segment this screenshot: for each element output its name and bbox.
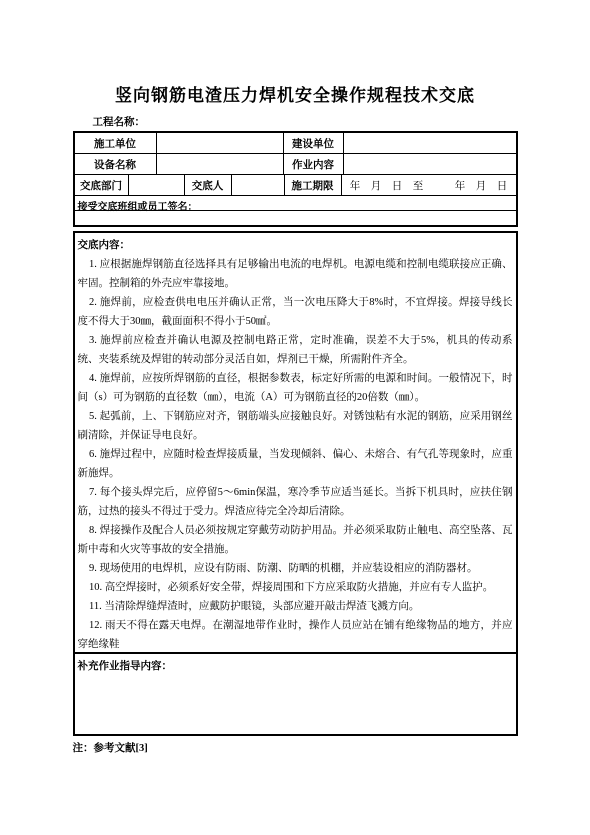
disclosure-item-12: 12. 雨天不得在露天电焊。在潮湿地带作业时，操作人员应站在铺有绝缘物品的地方，…: [78, 616, 513, 654]
document-title: 竖向钢筋电渣压力焊机安全操作规程技术交底: [0, 86, 590, 106]
disclosure-item-2: 2. 施焊前，应检查供电电压并确认正常，当一次电压降大于8%时，不宜焊接。焊接导…: [78, 293, 513, 331]
build-unit-value: [344, 133, 516, 153]
project-name-label: 工程名称：: [73, 116, 518, 129]
construction-unit-value: [157, 133, 284, 153]
info-row-3: 交底部门 交底人 施工期限 年 月 日 至 年 月 日: [75, 175, 516, 196]
disclosure-item-7: 7. 每个接头焊完后，应停留5～6min保温，寒冷季节应适当延长。当拆下机具时，…: [78, 483, 513, 521]
disclosure-item-8: 8. 焊接操作及配合人员必须按规定穿戴劳动防护用品。并必须采取防止触电、高空坠落…: [78, 521, 513, 559]
work-content-label: 作业内容: [284, 154, 344, 174]
supplement-box: 补充作业指导内容：: [73, 652, 518, 736]
construction-period-label: 施工期限: [285, 175, 342, 195]
info-row-2: 设备名称 作业内容: [75, 154, 516, 175]
disclosure-person-label: 交底人: [185, 175, 232, 195]
disclosure-content-box: 交底内容： 1. 应根据施焊钢筋直径选择具有足够输出电流的电焊机。电源电缆和控制…: [73, 231, 518, 654]
disclosure-person-value: [232, 175, 285, 195]
equipment-name-label: 设备名称: [75, 154, 157, 174]
signature-value-row: [75, 211, 516, 225]
disclosure-dept-label: 交底部门: [75, 175, 129, 195]
build-unit-label: 建设单位: [284, 133, 344, 153]
disclosure-item-11: 11. 当清除焊缝焊渣时，应戴防护眼镜，头部应避开敲击焊渣飞溅方向。: [78, 597, 513, 616]
disclosure-item-9: 9. 现场使用的电焊机，应设有防雨、防潮、防晒的机棚，并应装设相应的消防器材。: [78, 559, 513, 578]
signature-label-row: 接受交底班组或员工签名：: [75, 196, 516, 211]
disclosure-item-1: 1. 应根据施焊钢筋直径选择具有足够输出电流的电焊机。电源电缆和控制电缆联接应正…: [78, 255, 513, 293]
disclosure-heading: 交底内容：: [78, 236, 513, 255]
info-table: 施工单位 建设单位 设备名称 作业内容 交底部门 交底人 施工期限 年 月 日 …: [73, 131, 518, 227]
document-page: 竖向钢筋电渣压力焊机安全操作规程技术交底 工程名称： 施工单位 建设单位 设备名…: [0, 0, 590, 835]
construction-period-value: 年 月 日 至 年 月 日: [342, 175, 516, 195]
construction-unit-label: 施工单位: [75, 133, 157, 153]
disclosure-item-10: 10. 高空焊接时，必须系好安全带，焊接周围和下方应采取防火措施，并应有专人监护…: [78, 578, 513, 597]
disclosure-item-6: 6. 施焊过程中，应随时检查焊接质量，当发现倾斜、偏心、未熔合、有气孔等现象时，…: [78, 445, 513, 483]
info-row-1: 施工单位 建设单位: [75, 133, 516, 154]
disclosure-dept-value: [129, 175, 185, 195]
supplement-heading: 补充作业指导内容：: [78, 657, 513, 676]
disclosure-item-3: 3. 施焊前应检查并确认电源及控制电路正常，定时准确，误差不大于5%，机具的传动…: [78, 331, 513, 369]
footer-note: 注：参考文献[3]: [73, 742, 518, 755]
disclosure-item-4: 4. 施焊前，应按所焊钢筋的直径，根据参数表，标定好所需的电源和时间。一般情况下…: [78, 369, 513, 407]
disclosure-item-5: 5. 起弧前，上、下钢筋应对齐，钢筋端头应接触良好。对锈蚀粘有水泥的钢筋，应采用…: [78, 407, 513, 445]
equipment-name-value: [157, 154, 284, 174]
work-content-value: [344, 154, 516, 174]
